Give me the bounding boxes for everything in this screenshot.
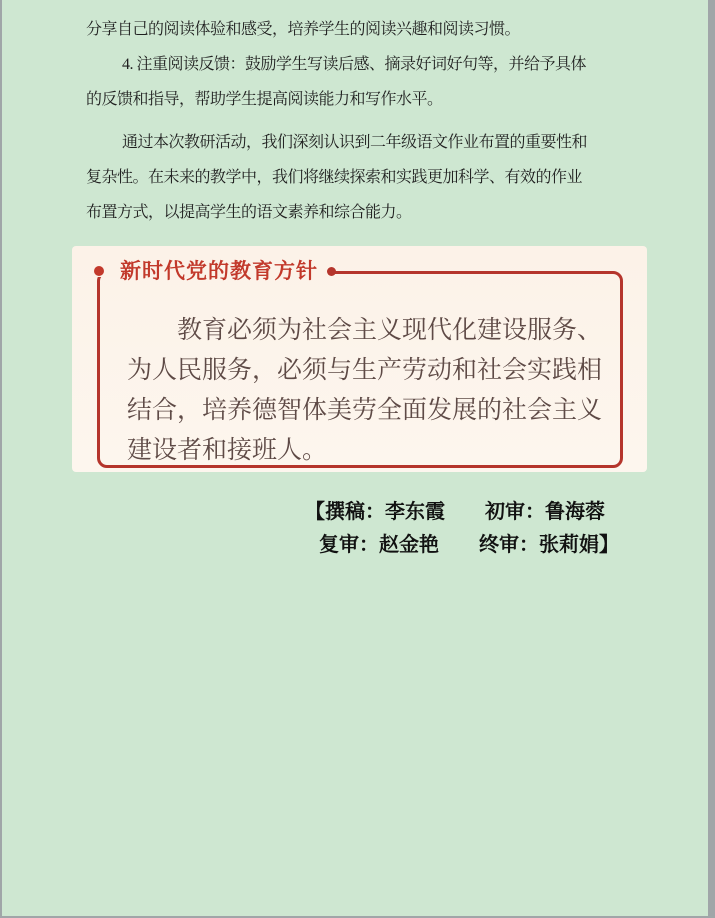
paragraph-line: 4. 注重阅读反馈：鼓励学生写读后感、摘录好词好句等，并给予具体 xyxy=(86,47,587,82)
card-body-text: 教育必须为社会主义现代化建设服务、 为人民服务，必须与生产劳动和社会实践相 结合… xyxy=(127,310,602,470)
credits-line: 复审：赵金艳 终审：张莉娟】 xyxy=(305,529,619,562)
credits-line: 【撰稿：李东霞 初审：鲁海蓉 xyxy=(305,496,619,529)
card-body-line: 结合，培养德智体美劳全面发展的社会主义 xyxy=(127,390,602,430)
paragraph-line: 分享自己的阅读体验和感受，培养学生的阅读兴趣和阅读习惯。 xyxy=(86,12,587,47)
education-policy-card: 新时代党的教育方针 教育必须为社会主义现代化建设服务、 为人民服务，必须与生产劳… xyxy=(72,246,647,472)
credits-block: 【撰稿：李东霞 初审：鲁海蓉 复审：赵金艳 终审：张莉娟】 xyxy=(305,496,619,562)
paragraph-line: 通过本次教研活动，我们深刻认识到二年级语文作业布置的重要性和 xyxy=(86,125,587,160)
document-page: 分享自己的阅读体验和感受，培养学生的阅读兴趣和阅读习惯。 4. 注重阅读反馈：鼓… xyxy=(0,0,715,918)
paragraph-line: 布置方式，以提高学生的语文素养和综合能力。 xyxy=(86,195,587,230)
bullet-dot-icon xyxy=(94,266,104,276)
card-title: 新时代党的教育方针 xyxy=(120,255,318,285)
paragraph-line: 的反馈和指导，帮助学生提高阅读能力和写作水平。 xyxy=(86,82,587,117)
line-dot-icon xyxy=(327,267,336,276)
article-body-text: 分享自己的阅读体验和感受，培养学生的阅读兴趣和阅读习惯。 4. 注重阅读反馈：鼓… xyxy=(86,12,587,230)
card-body-line: 建设者和接班人。 xyxy=(127,430,602,470)
card-body-line: 教育必须为社会主义现代化建设服务、 xyxy=(127,310,602,350)
card-body-line: 为人民服务，必须与生产劳动和社会实践相 xyxy=(127,350,602,390)
paragraph-line: 复杂性。在未来的教学中，我们将继续探索和实践更加科学、有效的作业 xyxy=(86,160,587,195)
